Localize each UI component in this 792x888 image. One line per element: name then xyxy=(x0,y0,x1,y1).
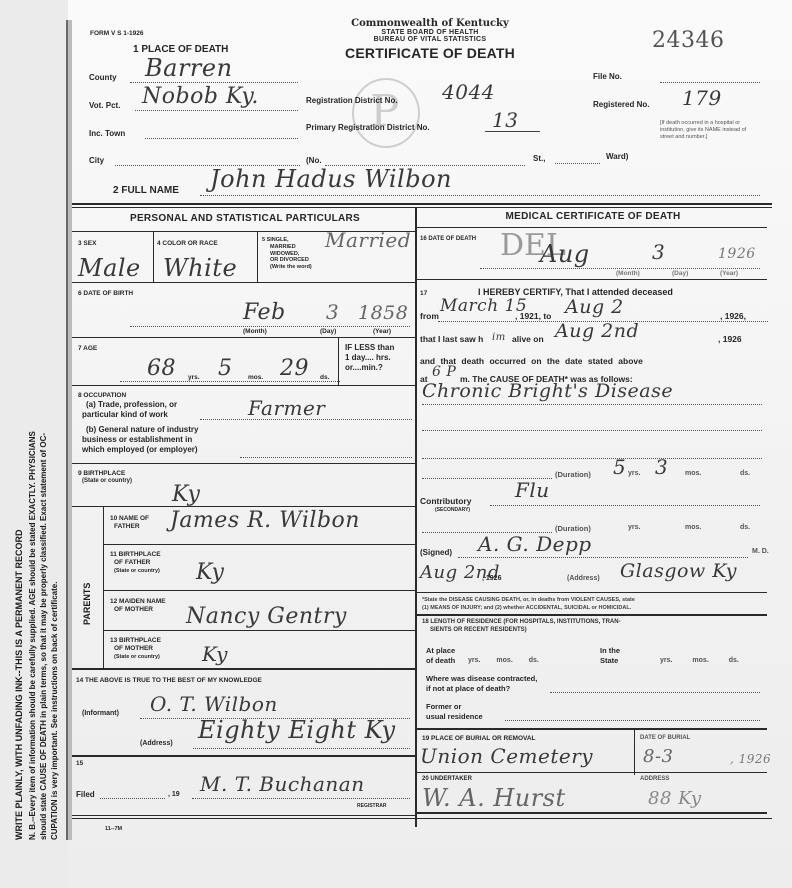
informant-address-label: (Address) xyxy=(140,740,173,747)
rule xyxy=(417,728,767,730)
board: STATE BOARD OF HEALTH xyxy=(325,29,535,36)
center-divider xyxy=(415,207,417,827)
rule xyxy=(417,614,767,616)
unit: mos. xyxy=(496,657,512,664)
at-place-label: At place of death xyxy=(426,646,455,666)
label-line: FATHER xyxy=(110,523,149,531)
filed-year-prefix: , 19 xyxy=(168,791,180,798)
dob-month: Feb xyxy=(243,300,286,325)
label-line: 11 BIRTHPLACE xyxy=(110,551,161,559)
contributory-value: Flu xyxy=(515,478,550,502)
label-line: (State or country) xyxy=(110,567,161,575)
age-days: 29 xyxy=(280,356,309,381)
medical-address-label: (Address) xyxy=(567,575,600,582)
father-name-value: James R. Wilbon xyxy=(170,508,360,533)
rule xyxy=(634,730,635,775)
label-line: At place xyxy=(426,646,455,656)
binding-bar xyxy=(66,20,72,840)
filed-line xyxy=(100,798,165,799)
dod-label: 16 DATE OF DEATH xyxy=(420,236,476,242)
county-line xyxy=(130,82,298,83)
duration2-mos: mos. xyxy=(685,524,701,531)
residence-heading-line: SIENTS OR RECENT RESIDENTS) xyxy=(422,626,767,634)
rule xyxy=(72,506,415,507)
label-line: usual residence xyxy=(426,712,483,722)
city-label: City xyxy=(89,156,104,165)
burial-place-value: Union Cemetery xyxy=(420,744,593,768)
marital-label-line: WIDOWED, xyxy=(262,251,312,258)
sex-label: 3 SEX xyxy=(78,240,96,247)
where-contracted-line xyxy=(550,692,760,693)
registration-district-label: Registration District No. xyxy=(306,96,398,105)
occupation-b-label: (b) General nature of industry business … xyxy=(82,425,198,455)
footer-code: 11--7M xyxy=(105,826,122,832)
commonwealth: Commonwealth of Kentucky xyxy=(325,18,535,29)
full-name-line xyxy=(200,195,760,196)
file-no-label: File No. xyxy=(593,72,622,81)
medical-address-value: Glasgow Ky xyxy=(620,560,737,582)
last-saw-year: , 1926 xyxy=(718,334,742,344)
color-value: White xyxy=(163,254,237,282)
occ-b-line: which employed (or employer) xyxy=(82,445,198,455)
burial-date-value: 8-3 xyxy=(643,746,674,767)
where-contracted-label: Where was disease contracted, if not at … xyxy=(426,674,537,694)
bureau: BUREAU OF VITAL STATISTICS xyxy=(325,36,535,43)
rule xyxy=(72,815,415,816)
age-years: 68 xyxy=(147,356,176,381)
last-saw-value: Aug 2nd xyxy=(555,320,639,342)
registered-no-label: Registered No. xyxy=(593,100,649,109)
address-line xyxy=(193,748,410,749)
rule xyxy=(338,337,339,385)
color-label: 4 COLOR OR RACE xyxy=(157,240,218,247)
month-caption: (Month) xyxy=(243,328,267,335)
mother-name-value: Nancy Gentry xyxy=(186,604,347,629)
residence-heading: 18 LENGTH OF RESIDENCE (FOR HOSPITALS, I… xyxy=(422,618,767,634)
at-value: 6 P xyxy=(432,364,456,380)
marital-label-line: (Write the word) xyxy=(262,264,312,271)
dod-line xyxy=(480,268,760,269)
primary-district-value: 13 xyxy=(492,108,518,132)
former-residence-line xyxy=(505,720,760,721)
rule xyxy=(417,279,767,280)
duration-mos-caption: mos. xyxy=(685,470,701,477)
mother-name-label: 12 MAIDEN NAME OF MOTHER xyxy=(110,598,166,614)
divider-top xyxy=(72,203,772,205)
county-label: County xyxy=(89,73,117,82)
street-no-label: (No. xyxy=(306,156,322,165)
label-line: 10 NAME OF xyxy=(110,515,149,523)
rule xyxy=(72,668,415,670)
registrar-line xyxy=(192,798,410,799)
duration-yrs: 5 xyxy=(613,455,626,479)
dob-year: 1858 xyxy=(358,302,408,324)
unit: ds. xyxy=(729,657,739,664)
rule xyxy=(417,772,767,773)
age-label: 7 AGE xyxy=(78,345,97,352)
in-state-label: In the State xyxy=(600,646,620,666)
birthplace-label: 9 BIRTHPLACE xyxy=(78,470,125,477)
parents-side-label: PARENTS xyxy=(82,583,92,625)
rule xyxy=(417,812,767,814)
hospital-note: [If death occurred in a hospital or inst… xyxy=(660,120,760,141)
label-line: if not at place of death? xyxy=(426,684,537,694)
marital-value: Married xyxy=(325,228,411,252)
if-less-note: IF LESS than 1 day.... hrs. or....min.? xyxy=(345,343,394,373)
rule xyxy=(417,227,767,228)
father-birthplace-label: 11 BIRTHPLACE OF FATHER (State or countr… xyxy=(110,551,161,575)
full-name-label: 2 FULL NAME xyxy=(113,185,179,196)
burial-place-label: 19 PLACE OF BURIAL OR REMOVAL xyxy=(422,735,536,742)
occ-b-line xyxy=(240,457,412,458)
registered-no-value: 179 xyxy=(682,86,722,110)
item-15: 15 xyxy=(76,760,83,767)
certificate-header: Commonwealth of Kentucky STATE BOARD OF … xyxy=(325,18,535,61)
burial-year: , 1926 xyxy=(730,752,771,766)
label-line: State xyxy=(600,656,620,666)
unit: yrs. xyxy=(468,657,480,664)
st-line xyxy=(555,163,600,164)
st-label: St., xyxy=(533,154,545,163)
margin-instruction-1: N. B.--Every item of information should … xyxy=(28,431,37,840)
father-name-label: 10 NAME OF FATHER xyxy=(110,515,149,531)
ward-label: Ward) xyxy=(606,152,628,161)
full-name-value: John Hadus Wilbon xyxy=(210,165,452,193)
dod-day-caption: (Day) xyxy=(672,270,688,277)
dod-month: Aug xyxy=(540,240,590,268)
residence-heading-line: 18 LENGTH OF RESIDENCE (FOR HOSPITALS, I… xyxy=(422,618,767,626)
cause-line-1 xyxy=(422,404,762,405)
label-line: OF MOTHER xyxy=(110,645,161,653)
occ-a-line: particular kind of work xyxy=(82,410,177,420)
rule xyxy=(103,544,415,545)
certificate-number: 24346 xyxy=(652,28,725,53)
rule xyxy=(103,506,104,670)
informant-heading: 14 THE ABOVE IS TRUE TO THE BEST OF MY K… xyxy=(76,677,262,684)
contributory-line xyxy=(490,505,760,506)
informant-label: (Informant) xyxy=(82,710,119,717)
footnote-line: *State the DISEASE CAUSING DEATH, or, in… xyxy=(422,596,767,604)
duration2-ds: ds. xyxy=(740,524,750,531)
death-certificate: WRITE PLAINLY, WITH UNFADING INK--THIS I… xyxy=(0,0,792,888)
at-place-units: yrs. mos. ds. xyxy=(468,657,539,664)
duration-yrs-caption: yrs. xyxy=(628,470,640,477)
unit: mos. xyxy=(692,657,708,664)
dob-label: 6 DATE OF BIRTH xyxy=(78,290,133,297)
label-line: 12 MAIDEN NAME xyxy=(110,598,166,606)
marital-label: 5 SINGLE, MARRIED WIDOWED, OR DIVORCED (… xyxy=(262,237,312,271)
informant-address-value: Eighty Eight Ky xyxy=(198,716,396,744)
vot-pct-value: Nobob Ky. xyxy=(142,84,259,109)
registrar-caption: REGISTRAR xyxy=(357,803,386,809)
rule xyxy=(72,818,772,819)
duration-mos: 3 xyxy=(655,455,668,479)
registration-district-value: 4044 xyxy=(442,80,495,104)
age-line xyxy=(120,381,340,382)
inc-town-line xyxy=(145,138,298,139)
primary-district-label: Primary Registration District No. xyxy=(306,123,430,132)
cause-line-2 xyxy=(422,430,762,431)
duration2-yrs: yrs. xyxy=(628,524,640,531)
marital-label-line: OR DIVORCED xyxy=(262,257,312,264)
dod-month-caption: (Month) xyxy=(616,270,640,277)
label-line: OF MOTHER xyxy=(110,606,166,614)
yrs-caption: yrs. xyxy=(188,374,200,381)
margin-instruction-3: CUPATION is very important. See instruct… xyxy=(50,582,59,840)
filed-label: Filed xyxy=(76,790,95,799)
undertaker-address-label: ADDRESS xyxy=(640,776,669,782)
occupation-a-label: (a) Trade, profession, or particular kin… xyxy=(82,400,177,420)
dob-line xyxy=(130,326,410,327)
cause-line-3 xyxy=(422,458,762,459)
signed-year: , 1926 xyxy=(482,575,501,582)
divider-top-2 xyxy=(72,207,772,208)
if-less-line: IF LESS than xyxy=(345,343,394,353)
informant-value: O. T. Wilbon xyxy=(150,692,278,716)
dod-year: 1926 xyxy=(718,246,756,262)
mother-birthplace-label: 13 BIRTHPLACE OF MOTHER (State or countr… xyxy=(110,637,161,661)
form-number: FORM V S 1-1926 xyxy=(90,30,143,37)
rule xyxy=(72,463,415,464)
undertaker-label: 20 UNDERTAKER xyxy=(422,776,472,782)
label-line: Former or xyxy=(426,702,483,712)
duration-ds-caption: ds. xyxy=(740,470,750,477)
birthplace-value: Ky xyxy=(172,482,200,507)
certificate-title: CERTIFICATE OF DEATH xyxy=(325,45,535,61)
rule xyxy=(72,755,415,757)
label-line: OF FATHER xyxy=(110,559,161,567)
rule xyxy=(72,282,415,283)
year-caption: (Year) xyxy=(373,328,391,335)
medical-heading: MEDICAL CERTIFICATE OF DEATH xyxy=(418,211,768,222)
occupation-a-value: Farmer xyxy=(248,396,325,420)
label-line: In the xyxy=(600,646,620,656)
cause-value: Chronic Bright's Disease xyxy=(422,380,673,402)
to-year: , 1926, xyxy=(720,311,746,321)
alive-on: alive on xyxy=(512,334,544,344)
unit: ds. xyxy=(529,657,539,664)
unit: yrs. xyxy=(660,657,672,664)
duration-label: (Duration) xyxy=(555,470,591,479)
mos-caption: mos. xyxy=(248,374,263,381)
rule xyxy=(417,592,767,593)
burial-date-label: DATE OF BURIAL xyxy=(640,735,690,741)
rule xyxy=(257,232,258,282)
file-no-line xyxy=(660,82,760,83)
marital-label-line: MARRIED xyxy=(262,244,312,251)
seal-stamp xyxy=(352,78,420,148)
margin-instruction-2: should state CAUSE OF DEATH in plain ter… xyxy=(39,433,48,840)
footnote: *State the DISEASE CAUSING DEATH, or, in… xyxy=(422,596,767,612)
dod-day: 3 xyxy=(652,240,665,264)
registrar-value: M. T. Buchanan xyxy=(200,772,365,796)
father-birthplace-value: Ky xyxy=(196,560,224,585)
dod-year-caption: (Year) xyxy=(720,270,738,277)
county-value: Barren xyxy=(145,54,233,82)
rule xyxy=(103,590,415,591)
from-year: , 1921, to xyxy=(515,311,551,321)
rule xyxy=(103,630,415,631)
vot-pct-line xyxy=(135,110,298,111)
signed-value: A. G. Depp xyxy=(478,532,592,556)
label-line: of death xyxy=(426,656,455,666)
signed-line xyxy=(458,557,748,558)
inc-town-label: Inc. Town xyxy=(89,129,125,138)
item-17: 17 xyxy=(420,290,427,297)
rule xyxy=(72,337,415,338)
label-line: Where was disease contracted, xyxy=(426,674,537,684)
from-label: from xyxy=(420,311,439,321)
age-months: 5 xyxy=(218,356,233,381)
last-saw-him: im xyxy=(492,332,506,343)
undertaker-value: W. A. Hurst xyxy=(422,784,566,812)
last-saw-label: that I last saw h xyxy=(420,334,483,344)
occ-b-line: (b) General nature of industry xyxy=(82,425,198,435)
label-line: (State or country) xyxy=(110,653,161,661)
undertaker-address-value: 88 Ky xyxy=(648,788,702,809)
former-residence-label: Former or usual residence xyxy=(426,702,483,722)
personal-heading: PERSONAL AND STATISTICAL PARTICULARS xyxy=(75,213,415,224)
footnote-line: (1) MEANS OF INJURY; and (2) whether ACC… xyxy=(422,604,767,612)
in-state-units: yrs. mos. ds. xyxy=(660,657,739,664)
contributory-sub: (SECONDARY) xyxy=(435,507,470,513)
vot-pct-label: Vot. Pct. xyxy=(89,101,120,110)
signed-label: (Signed) xyxy=(420,548,452,557)
contributory-label: Contributory xyxy=(420,496,471,506)
dob-day: 3 xyxy=(326,300,339,324)
if-less-line: or....min.? xyxy=(345,363,394,373)
marital-label-line: 5 SINGLE, xyxy=(262,237,312,244)
label-line: 13 BIRTHPLACE xyxy=(110,637,161,645)
margin-warning: WRITE PLAINLY, WITH UNFADING INK--THIS I… xyxy=(14,530,24,841)
sex-value: Male xyxy=(78,254,141,282)
occ-a-line: (a) Trade, profession, or xyxy=(82,400,177,410)
if-less-line: 1 day.... hrs. xyxy=(345,353,394,363)
to-value: Aug 2 xyxy=(565,296,624,318)
primary-district-line xyxy=(485,131,540,132)
rule xyxy=(153,232,154,282)
mother-birthplace-value: Ky xyxy=(202,642,228,666)
occ-b-line: business or establishment in xyxy=(82,435,198,445)
day-caption: (Day) xyxy=(320,328,336,335)
md-label: M. D. xyxy=(752,548,769,555)
occupation-label: 8 OCCUPATION xyxy=(78,392,126,399)
birthplace-sub: (State or country) xyxy=(82,478,132,484)
rule xyxy=(72,385,415,386)
ds-caption: ds. xyxy=(320,374,329,381)
